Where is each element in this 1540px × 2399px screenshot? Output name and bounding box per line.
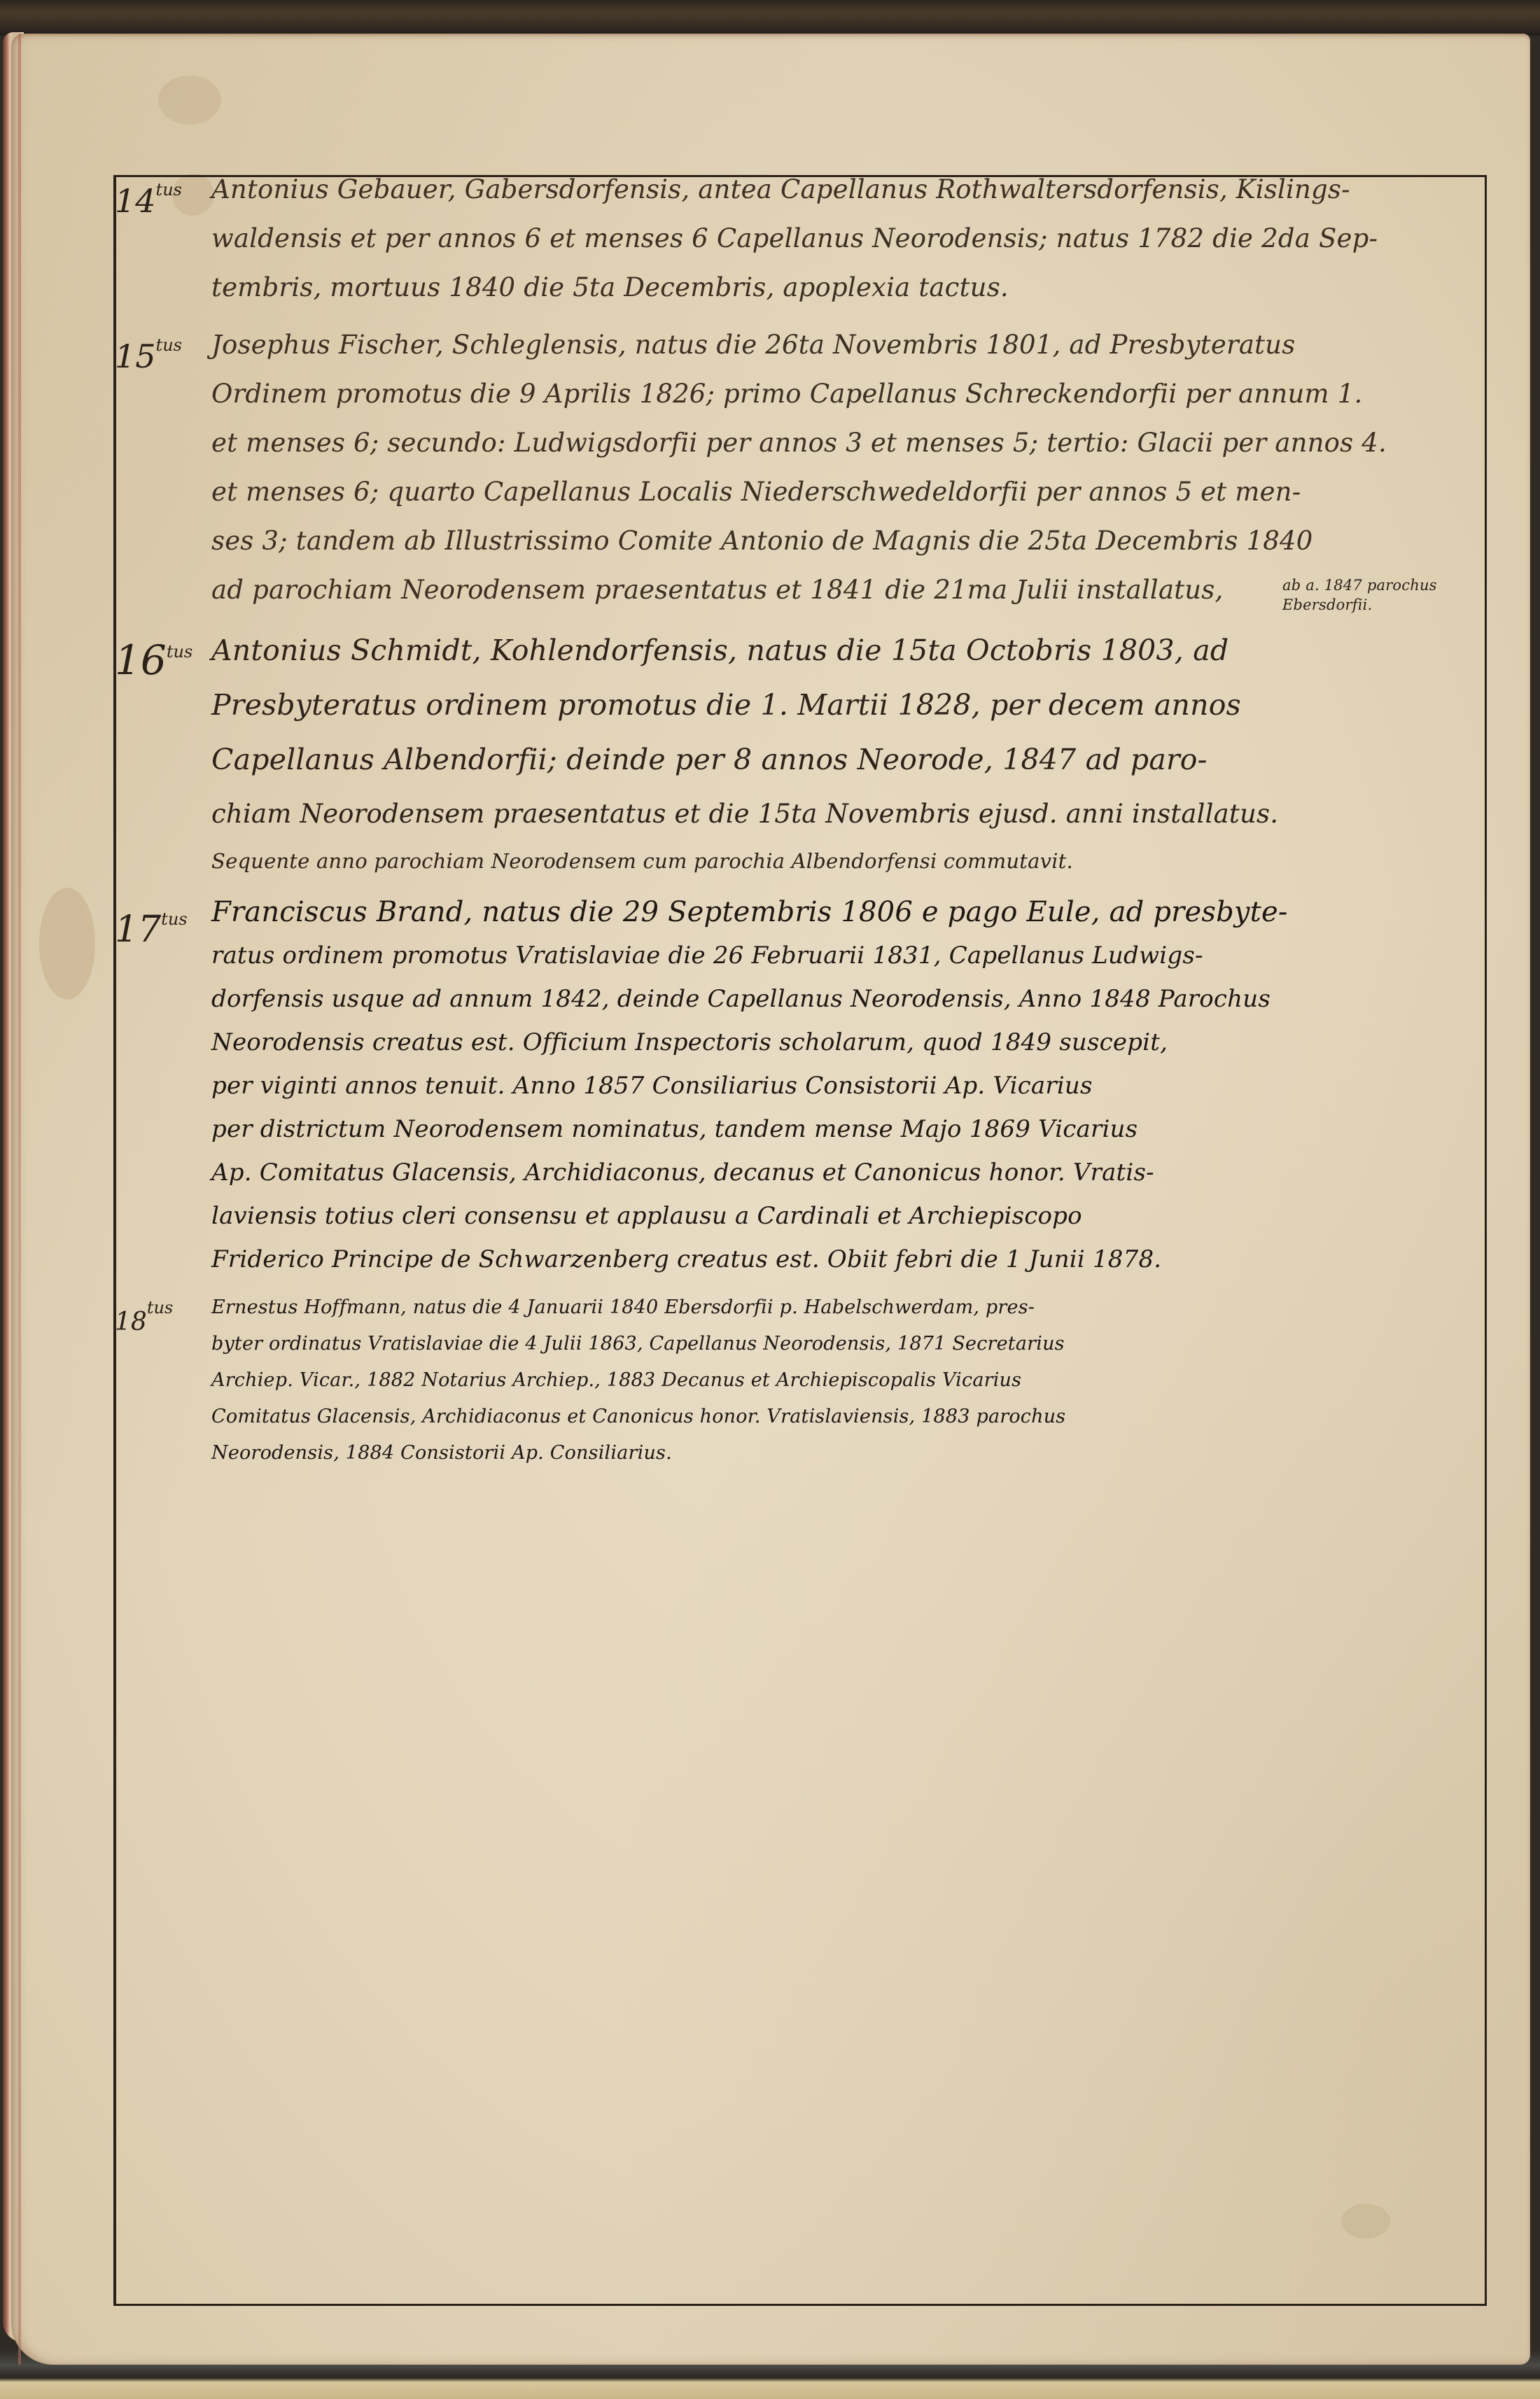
stain [39,888,95,1000]
entry-line: Archiep. Vicar., 1882 Notarius Archiep.,… [211,1362,1460,1399]
entry-line: ad parochiam Neorodensem praesentatus et… [211,566,1460,615]
entry-line: Comitatus Glacensis, Archidiaconus et Ca… [211,1399,1460,1435]
entry-15: 15tus Josephus Fischer, Schleglensis, na… [105,321,1470,615]
entry-text: Antonius Gebauer, Gabersdorfensis, antea… [211,165,1470,312]
entry-line: ratus ordinem promotus Vratislaviae die … [211,934,1460,977]
entry-line: Ernestus Hoffmann, natus die 4 Januarii … [211,1289,1460,1326]
entry-line: tembris, mortuus 1840 die 5ta Decembris,… [211,263,1460,312]
entry-line: Antonius Gebauer, Gabersdorfensis, antea… [211,165,1460,214]
entry-line: byter ordinatus Vratislaviae die 4 Julii… [211,1326,1460,1362]
entry-18: 18tus Ernestus Hoffmann, natus die 4 Jan… [105,1289,1470,1471]
entry-line: et menses 6; secundo: Ludwigsdorfii per … [211,419,1460,468]
entry-number: 17tus [105,890,211,1281]
stain [158,76,221,125]
entry-17: 17tus Franciscus Brand, natus die 29 Sep… [105,890,1470,1281]
entry-number: 16tus [105,623,211,881]
entry-text: Josephus Fischer, Schleglensis, natus di… [211,321,1470,615]
entry-line: per viginti annos tenuit. Anno 1857 Cons… [211,1064,1460,1107]
entry-16: 16tus Antonius Schmidt, Kohlendorfensis,… [105,623,1470,881]
entry-line: dorfensis usque ad annum 1842, deinde Ca… [211,977,1460,1021]
entry-line: Neorodensis, 1884 Consistorii Ap. Consil… [211,1435,1460,1471]
entry-line: Friderico Principe de Schwarzenberg crea… [211,1238,1460,1281]
entry-line: Josephus Fischer, Schleglensis, natus di… [211,321,1460,370]
entry-line: waldensis et per annos 6 et menses 6 Cap… [211,214,1460,263]
entry-line: et menses 6; quarto Capellanus Localis N… [211,468,1460,517]
entries-list: 14tus Antonius Gebauer, Gabersdorfensis,… [105,165,1470,1480]
entry-line: ses 3; tandem ab Illustrissimo Comite An… [211,517,1460,566]
entry-number: 18tus [105,1289,211,1471]
entry-line: chiam Neorodensem praesentatus et die 15… [211,787,1460,841]
entry-14: 14tus Antonius Gebauer, Gabersdorfensis,… [105,165,1470,312]
entry-text: Ernestus Hoffmann, natus die 4 Januarii … [211,1289,1470,1471]
entry-line: Neorodensis creatus est. Officium Inspec… [211,1021,1460,1064]
entry-number: 14tus [105,165,211,312]
entry-line: Franciscus Brand, natus die 29 Septembri… [211,890,1460,934]
margin-note: ab a. 1847 parochus Ebersdorfii. [1282,575,1478,615]
entry-line: laviensis totius cleri consensu et appla… [211,1194,1460,1238]
entry-addendum: Sequente anno parochiam Neorodensem cum … [211,841,1460,881]
entry-line: Capellanus Albendorfii; deinde per 8 ann… [211,732,1460,787]
entry-line: Antonius Schmidt, Kohlendorfensis, natus… [211,623,1460,678]
entry-text: Franciscus Brand, natus die 29 Septembri… [211,890,1470,1281]
entry-number: 15tus [105,321,211,615]
entry-line: per districtum Neorodensem nominatus, ta… [211,1107,1460,1151]
entry-text: Antonius Schmidt, Kohlendorfensis, natus… [211,623,1470,881]
entry-line: Presbyteratus ordinem promotus die 1. Ma… [211,678,1460,732]
entry-line: Ap. Comitatus Glacensis, Archidiaconus, … [211,1151,1460,1194]
entry-line: Ordinem promotus die 9 Aprilis 1826; pri… [211,370,1460,419]
